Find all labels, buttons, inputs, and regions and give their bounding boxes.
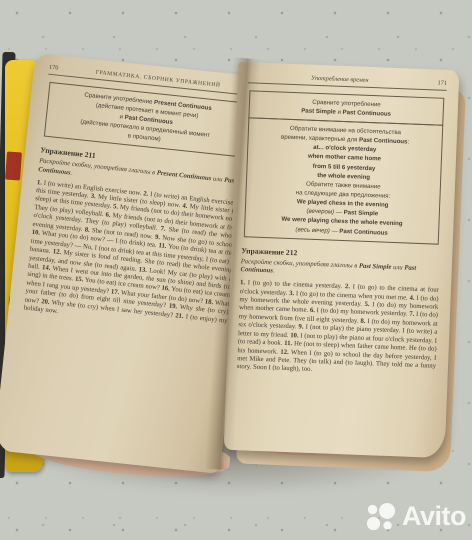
right-page: Употребление времен 171 Сравните употреб… <box>224 62 460 458</box>
yellow-book-red-label <box>5 152 22 181</box>
time-expressions-note-box: Обратите внимание на обстоятельствавреме… <box>244 117 443 244</box>
right-running-title: Употребление времен <box>248 72 432 86</box>
left-page-number: 170 <box>49 64 59 72</box>
left-page: 170 ГРАММАТИКА. СБОРНИК УПРАЖНЕНИЙ Сравн… <box>0 53 261 474</box>
exercise-211-text: 1. I (to write) an English exercise now.… <box>23 179 240 335</box>
avito-wordmark: Avito <box>402 501 466 532</box>
exercise-212-instruction: Раскройте скобки, употребляя глаголы в P… <box>240 258 440 283</box>
present-vs-past-continuous-note-box: Сравните употребление Present Continuous… <box>44 81 249 157</box>
right-page-number: 171 <box>437 80 447 87</box>
avito-logo-icon <box>365 502 397 532</box>
exercise-212-text: 1. I (to go) to the cinema yesterday. 2.… <box>237 279 439 379</box>
photo: 170 ГРАММАТИКА. СБОРНИК УПРАЖНЕНИЙ Сравн… <box>0 0 472 540</box>
right-running-header: Употребление времен 171 <box>248 72 447 90</box>
avito-watermark: Avito <box>365 501 466 532</box>
